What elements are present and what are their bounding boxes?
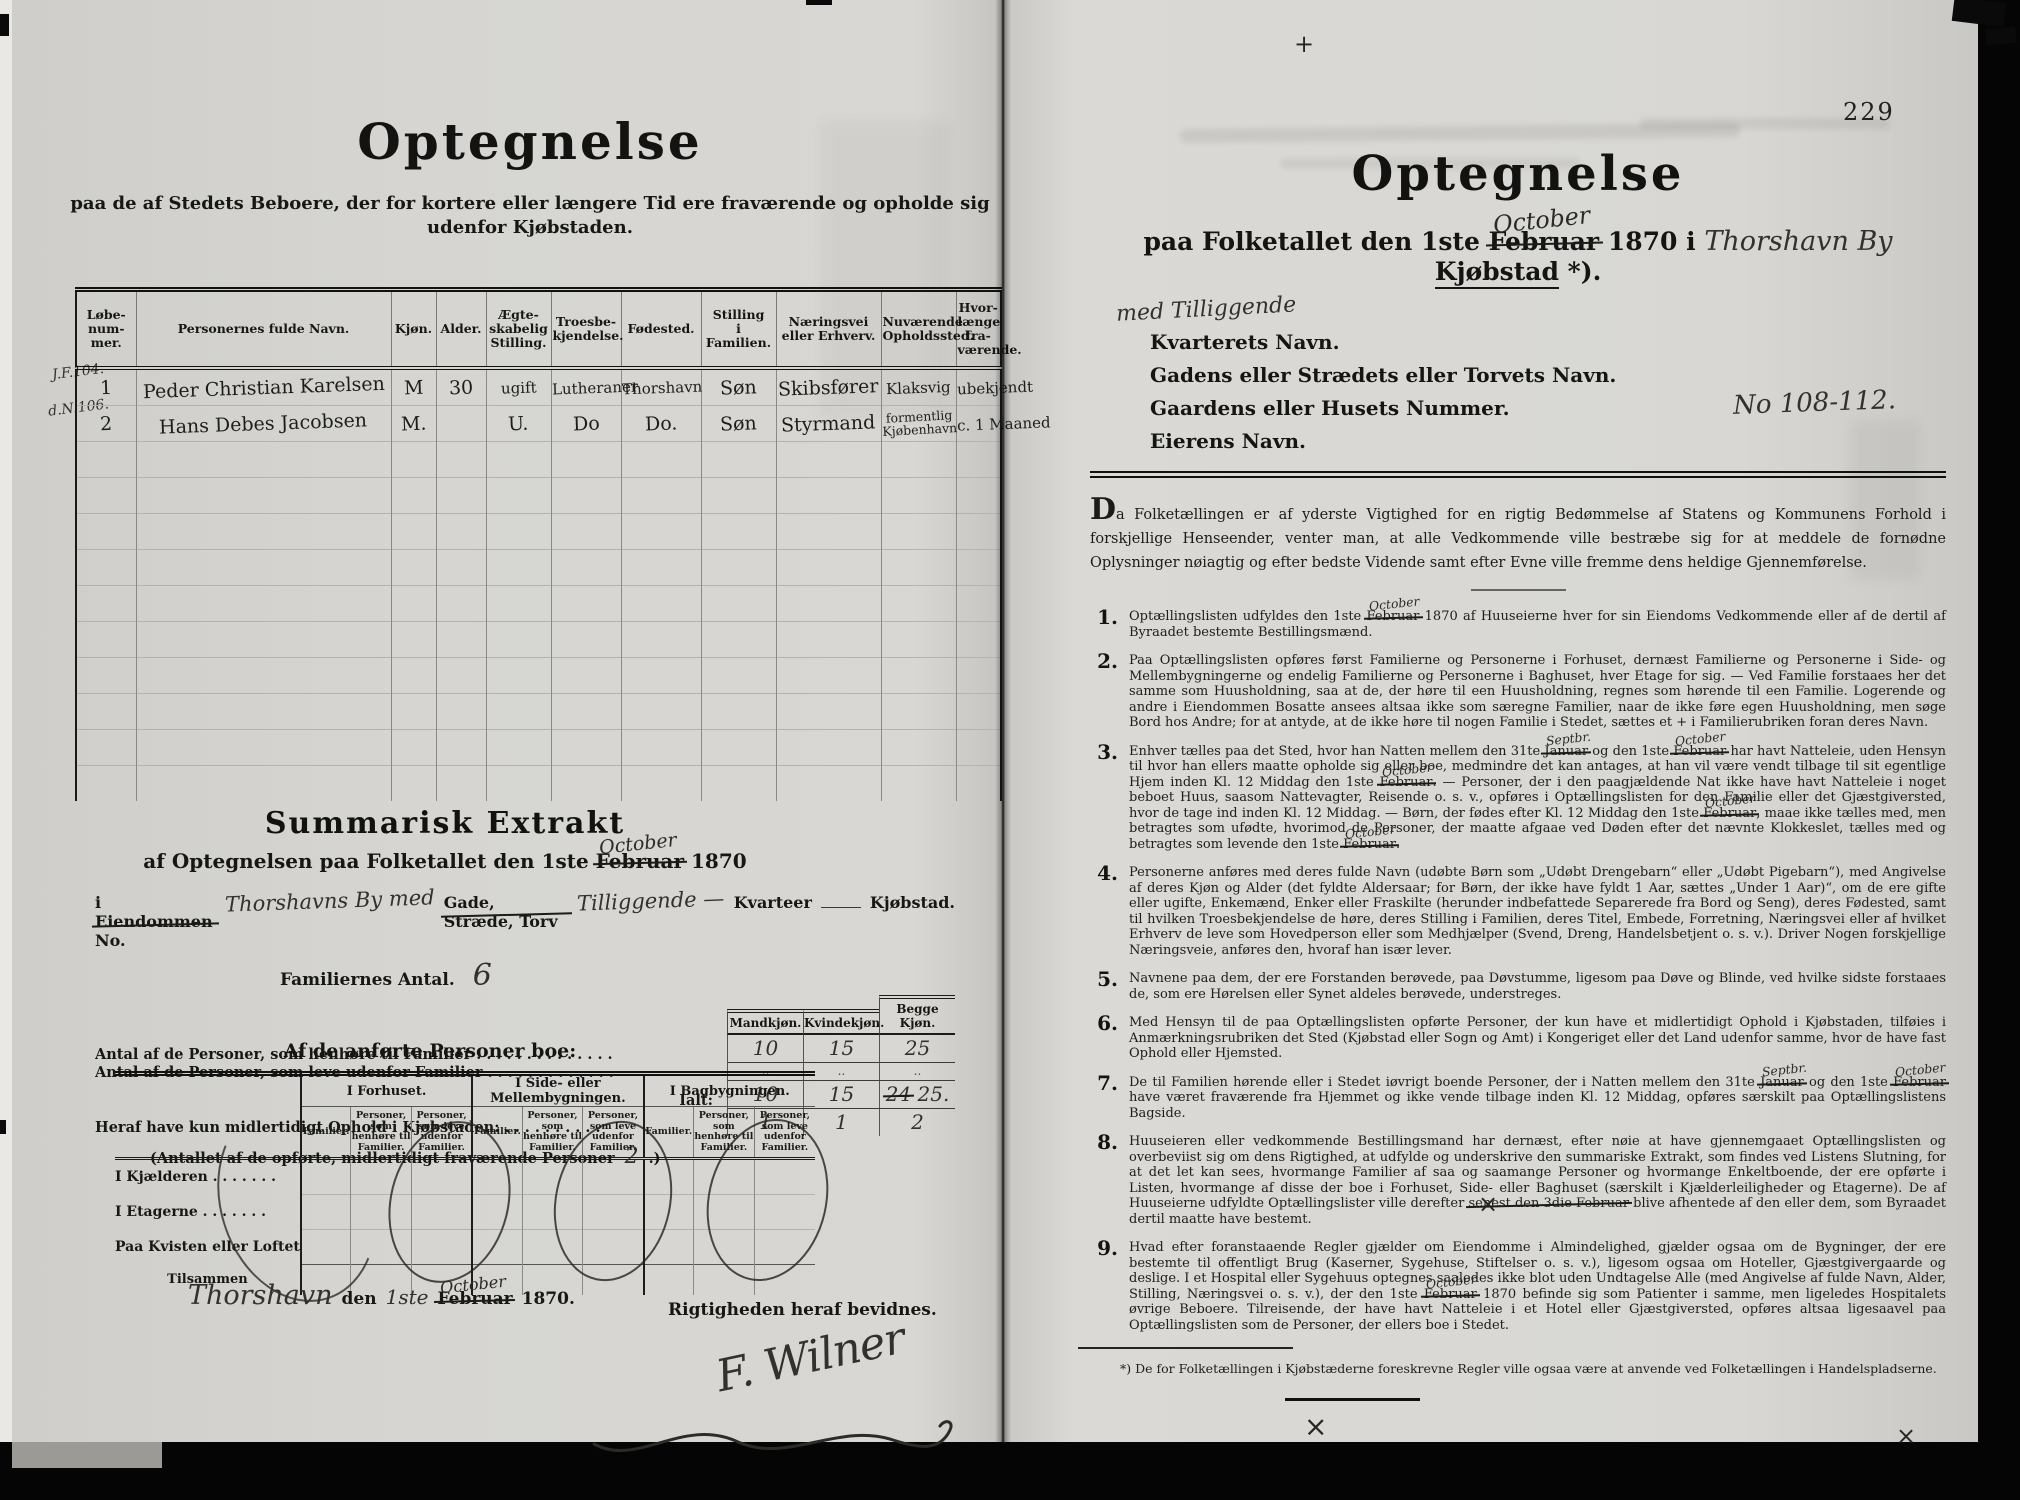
date-line: Thorshavn den 1ste OctoberFebruar 1870. (188, 1280, 575, 1311)
cell-kjon: M. (400, 412, 426, 435)
familiernes-antal-label: Familiernes Antal. (280, 970, 455, 990)
subcol-personer-udenfor: Personer, som leve udenfor Familier. (411, 1107, 472, 1159)
left-page-title: Optegnelse (60, 112, 1000, 171)
col-aegteskabelig: Ægte- skabelig Stilling. (486, 290, 551, 369)
correction: OctoberFebruar (1367, 609, 1420, 625)
item-number: 5. (1090, 971, 1118, 1002)
field-eierens-navn: Eierens Navn. (1150, 429, 1946, 453)
col-lobenummer: Løbe- num- mer. (76, 290, 136, 369)
subcol-familier: Familier. (301, 1107, 351, 1159)
intro-paragraph: Da Folketællingen er af yderste Vigtighe… (1090, 500, 1946, 575)
right-page: Optegnelse paa Folketallet den 1ste Octo… (1090, 0, 1946, 1442)
col-fodested: Fødested. (621, 290, 701, 369)
col-troesbekjendelse: Troesbe- kjendelse. (551, 290, 621, 369)
blank-line (821, 893, 861, 908)
corner-ink-blob (1985, 27, 2016, 46)
ink-mark: × (1478, 1190, 1498, 1218)
group-forhuset: I Forhuset. (301, 1074, 472, 1107)
extrakt-title: Summarisk Extrakt (95, 806, 795, 841)
subcol-personer-familier: Personer, som henhøre til Familier. (522, 1107, 583, 1159)
date-month-correction: OctoberFebruar (437, 1289, 512, 1309)
subtitle-kjobstad: Kjøbstad (1435, 257, 1559, 289)
col-opholdssted: Nuværende Opholdssted. (881, 290, 956, 369)
cell-alder: 30 (449, 376, 474, 399)
instruction-item: 5. Navnene paa dem, der ere Forstanden b… (1090, 971, 1946, 1002)
item-text: Huuseieren eller vedkommende Bestillings… (1129, 1134, 1946, 1227)
cell-stand: ugift (500, 378, 536, 397)
cell-nr: 2 (100, 412, 113, 434)
cell-navn: Peder Christian Karelsen (142, 372, 384, 402)
col-navn: Personernes fulde Navn. (136, 290, 391, 369)
field-gadens-navn: Gadens eller Strædets eller Torvets Navn… (1150, 363, 1946, 387)
value-begge: 24 25. (879, 1081, 955, 1109)
familiernes-antal: Familiernes Antal. 6 (280, 958, 975, 993)
correction: OctoberFebruar (596, 849, 684, 873)
item-text: De til Familien hørende eller i Stedet i… (1129, 1075, 1946, 1122)
subcol-familier: Familier. (472, 1107, 522, 1159)
col-stilling: Stilling i Familien. (701, 290, 776, 369)
residence-table-section: Af de anførte Personer boe: I Forhuset. … (115, 1040, 815, 1295)
section-rule (1090, 471, 1946, 478)
cell-fodested: Thorshavn (621, 378, 702, 399)
cell-navn: Hans Debes Jacobsen (159, 409, 368, 438)
col-kjon: Kjøn. (391, 290, 436, 369)
table-row: 2 Hans Debes Jacobsen M. U. Do Do. Søn S… (76, 406, 1001, 442)
property-line: i Eiendommen No. Thorshavns By med Gade,… (95, 889, 955, 950)
familiernes-antal-value: 6 (473, 958, 492, 993)
date-day: 1ste (386, 1285, 429, 1309)
item-text: Paa Optællingslisten opføres først Famil… (1129, 653, 1946, 731)
property-struck-2: Gade, Stræde, Torv (444, 893, 569, 931)
property-struck-1: i Eiendommen No. (95, 893, 216, 950)
correction: OctoberFebruar (1893, 1075, 1946, 1091)
footnote-text: *) De for Folketællingen i Kjøbstæderne … (1120, 1361, 1946, 1376)
table-row-empty (76, 622, 1001, 658)
correction: OctoberFebruar (1343, 837, 1396, 853)
cell-troes: Do (572, 412, 599, 435)
table-header-row: Løbe- num- mer. Personernes fulde Navn. … (76, 290, 1001, 369)
value-begge: .. (879, 1063, 955, 1081)
col-naeringsvei: Næringsvei eller Erhverv. (776, 290, 881, 369)
item-number: 7. (1090, 1075, 1118, 1122)
cell-nr: 1 (100, 376, 113, 398)
footnote-rule (1078, 1347, 1293, 1349)
signature-flourish (588, 1402, 958, 1472)
instruction-item: 1. Optællingslisten udfyldes den 1ste Oc… (1090, 609, 1946, 640)
property-kjobstad-label: Kjøbstad. (870, 893, 955, 912)
instruction-item: 4. Personerne anføres med deres fulde Na… (1090, 865, 1946, 958)
residence-table-title: Af de anførte Personer boe: (115, 1040, 745, 1062)
correction: OctoberFebruar (1424, 1287, 1477, 1303)
date-den: den (342, 1289, 377, 1309)
divider-rule (1471, 589, 1566, 591)
subtitle-pre: paa Folketallet den 1ste (1143, 227, 1479, 256)
item-number: 9. (1090, 1240, 1118, 1333)
table-row-empty (76, 586, 1001, 622)
table-row-empty (76, 478, 1001, 514)
extrakt-subtitle: af Optegnelsen paa Folketallet den 1ste … (95, 849, 795, 873)
left-page: Optegnelse paa de af Stedets Beboere, de… (60, 0, 1000, 1442)
instruction-item: 6. Med Hensyn til de paa Optællingsliste… (1090, 1015, 1946, 1062)
residence-table: I Forhuset. I Side- eller Mellembygninge… (115, 1071, 815, 1295)
instruction-item: 7. De til Familien hørende eller i Stede… (1090, 1075, 1946, 1122)
handwritten-house-number: No 108-112. (1733, 385, 1897, 421)
cell-stilling: Søn (720, 412, 757, 435)
correction: OctoberFebruar (1380, 775, 1433, 791)
correction: OctoberFebruar (1703, 806, 1756, 822)
cell-fodested: Do. (644, 412, 677, 435)
ink-mark: × (1896, 1422, 1916, 1450)
page-edge-strip (0, 0, 12, 1442)
correction: OctoberFebruar (437, 1289, 512, 1309)
item-number: 2. (1090, 653, 1118, 731)
row-etagerne: I Etagerne . . . . . . . (115, 1195, 815, 1230)
table-row-empty (76, 694, 1001, 730)
table-row-empty (76, 550, 1001, 586)
page-gutter (995, 0, 1011, 1442)
property-handwritten-2: Tilliggende — (577, 886, 725, 915)
group-bagbygningen: I Bagbygningen. (644, 1074, 815, 1107)
subtitle-handwritten-town: Thorshavn By (1704, 226, 1892, 257)
right-page-subtitle: paa Folketallet den 1ste OctoberFebruar … (1090, 226, 1946, 286)
instructions-list: 1. Optællingslisten udfyldes den 1ste Oc… (1090, 609, 1946, 1333)
row-kjaelderen: I Kjælderen . . . . . . . (115, 1159, 815, 1195)
edge-ink-blob (0, 1120, 6, 1134)
property-handwritten-1: Thorshavns By med (225, 885, 435, 916)
absentees-table-wrap: Løbe- num- mer. Personernes fulde Navn. … (75, 287, 1002, 801)
item-number: 6. (1090, 1015, 1118, 1062)
col-kvindekjon: Kvindekjøn. (803, 1009, 879, 1035)
table-row-empty (76, 730, 1001, 766)
col-begge-kjon: Begge Kjøn. (879, 995, 955, 1035)
struck-total: 24 (886, 1082, 911, 1106)
property-kvarteer-label: Kvarteer (734, 893, 812, 912)
ink-mark: + (1294, 30, 1314, 58)
row-kvisten: Paa Kvisten eller Loftet (115, 1230, 815, 1265)
sub-header-row: Familier. Personer, som henhøre til Fami… (115, 1107, 815, 1159)
signature: F. Wilner (712, 1313, 909, 1403)
table-row: 1 Peder Christian Karelsen M 30 ugift Lu… (76, 368, 1001, 406)
col-mandkjon: Mandkjøn. (727, 1009, 803, 1035)
instruction-item: 2. Paa Optællingslisten opføres først Fa… (1090, 653, 1946, 731)
item-number: 8. (1090, 1134, 1118, 1227)
instruction-item: 9. Hvad efter foranstaaende Regler gjæld… (1090, 1240, 1946, 1333)
subcol-personer-familier: Personer, som henhøre til Familier. (694, 1107, 755, 1159)
subcol-personer-udenfor: Personer, som leve udenfor Familier. (754, 1107, 815, 1159)
item-number: 3. (1090, 744, 1118, 853)
ink-mark: × (1304, 1410, 1327, 1443)
table-row-empty (76, 766, 1001, 802)
cell-kjon: M (403, 376, 423, 399)
corrected-total: 25. (918, 1082, 950, 1106)
item-text: Personerne anføres med deres fulde Navn … (1129, 865, 1946, 958)
cell-stilling: Søn (720, 376, 757, 399)
correction: Septbr.Januar (1760, 1075, 1804, 1091)
cell-erhverv: Styrmand (781, 411, 876, 436)
scanned-census-document: Optegnelse paa de af Stedets Beboere, de… (0, 0, 2020, 1500)
subcol-personer-udenfor: Personer, som leve udenfor Familier. (583, 1107, 644, 1159)
extrakt-header-row: Mandkjøn. Kvindekjøn. Begge Kjøn. (95, 995, 955, 1035)
item-text: Navnene paa dem, der ere Forstanden berø… (1129, 971, 1946, 1002)
scan-artifact (12, 1442, 162, 1468)
handwritten-med-tilliggende: med Tilliggende (1115, 290, 1336, 326)
subtitle-mid: 1870 i (1608, 227, 1696, 256)
table-row-empty (76, 514, 1001, 550)
correction: Septbr.Januar (1544, 744, 1588, 760)
table-row-empty (76, 658, 1001, 694)
instruction-item: 3. Enhver tælles paa det Sted, hvor han … (1090, 744, 1946, 853)
cell-stand: U. (508, 412, 529, 435)
group-header-row: I Forhuset. I Side- eller Mellembygninge… (115, 1074, 815, 1107)
item-text: Optællingslisten udfyldes den 1ste Octob… (1129, 609, 1946, 640)
subtitle-footnote-star: *). (1568, 257, 1602, 286)
group-mellembygningen: I Side- eller Mellembygningen. (472, 1074, 643, 1107)
item-number: 4. (1090, 865, 1118, 958)
subtitle-month-correction: OctoberFebruar (1489, 227, 1600, 256)
edge-ink-blob (0, 14, 9, 36)
item-text: Med Hensyn til de paa Optællingslisten o… (1129, 1015, 1946, 1062)
date-place: Thorshavn (188, 1280, 333, 1311)
absentees-table: Løbe- num- mer. Personernes fulde Navn. … (75, 287, 1002, 801)
date-year: 1870. (522, 1289, 575, 1309)
subcol-personer-familier: Personer, som henhøre til Familier. (351, 1107, 412, 1159)
correction: OctoberFebruar (1673, 744, 1726, 760)
left-page-subtitle: paa de af Stedets Beboere, der for korte… (60, 192, 1000, 240)
subtitle-line-2: udenfor Kjøbstaden. (60, 216, 1000, 240)
right-page-title: Optegnelse (1090, 146, 1946, 202)
subtitle-line-1: paa de af Stedets Beboere, der for korte… (60, 192, 1000, 216)
instruction-item: 8. Huuseieren eller vedkommende Bestilli… (1090, 1134, 1946, 1227)
item-text: Hvad efter foranstaaende Regler gjælder … (1129, 1240, 1946, 1333)
value-begge: 2 (879, 1109, 955, 1136)
subcol-familier: Familier. (644, 1107, 694, 1159)
table-row-empty (76, 442, 1001, 478)
cell-opholdssted: formentlig Kjøbenhavn (881, 408, 957, 438)
correction: OctoberFebruar (1489, 227, 1600, 256)
item-text: Enhver tælles paa det Sted, hvor han Nat… (1129, 744, 1946, 853)
item-number: 1. (1090, 609, 1118, 640)
cell-opholdssted: Klaksvig (886, 378, 951, 398)
bottom-rule (1285, 1398, 1420, 1401)
col-alder: Alder. (436, 290, 486, 369)
cell-erhverv: Skibsfører (778, 375, 879, 400)
value-begge: 25 (879, 1035, 955, 1063)
field-kvarterets-navn: Kvarterets Navn. (1150, 330, 1946, 354)
